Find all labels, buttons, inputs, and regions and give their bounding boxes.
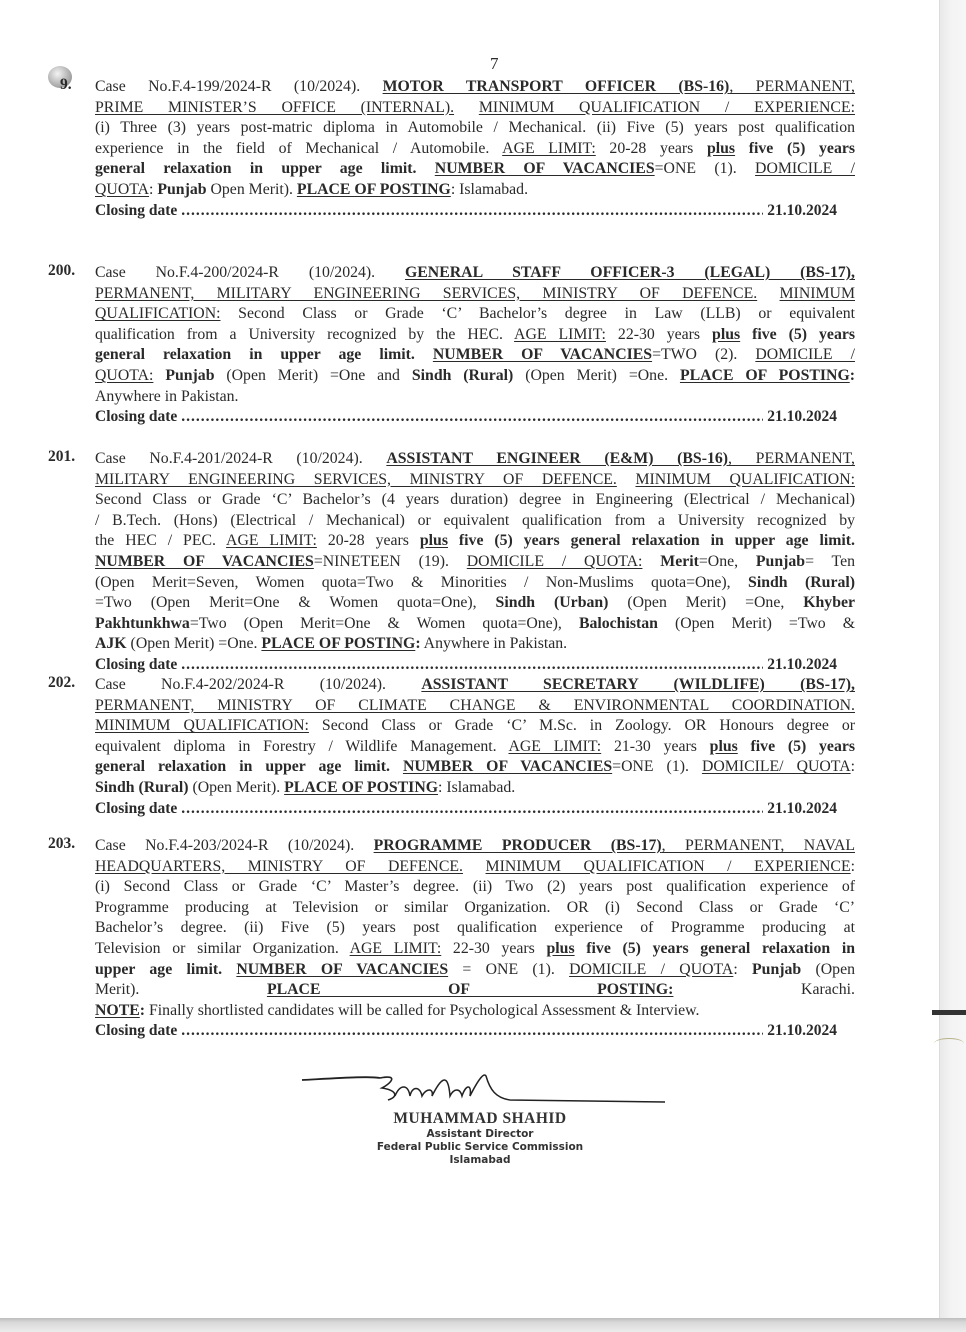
margin-mark xyxy=(932,1010,966,1015)
entry-text-line: qualification from a University recogniz… xyxy=(95,324,855,345)
closing-date-row: Closing date21.10.2024 xyxy=(95,200,837,221)
entry-text-line: Case No.F.4-199/2024-R (10/2024). MOTOR … xyxy=(95,76,855,97)
entry-text-line: / B.Tech. (Hons) (Electrical / Mechanica… xyxy=(95,510,855,531)
entry-text-line: general relaxation in upper age limit. N… xyxy=(95,344,855,365)
closing-date-value: 21.10.2024 xyxy=(767,200,837,221)
entry-text-line: MILITARY ENGINEERING SERVICES, MINISTRY … xyxy=(95,469,855,490)
entry-text-line: QUALIFICATION: Second Class or Grade ‘C’… xyxy=(95,303,855,324)
closing-date-row: Closing date21.10.2024 xyxy=(95,798,837,819)
leader-dots xyxy=(181,406,763,427)
entry-text-line: NOTE: Finally shortlisted candidates wil… xyxy=(95,1000,855,1021)
leader-dots xyxy=(181,798,763,819)
scan-page-edge-bottom xyxy=(0,1318,966,1332)
entry-number: 200. xyxy=(48,262,75,280)
entry-text-line: Pakhtunkhwa=Two (Open Merit=One & Women … xyxy=(95,613,855,634)
closing-date-value: 21.10.2024 xyxy=(767,798,837,819)
closing-date-row: Closing date21.10.2024 xyxy=(95,406,837,427)
entry-text-line: HEADQUARTERS, MINISTRY OF DEFENCE. MINIM… xyxy=(95,856,855,877)
closing-date-value: 21.10.2024 xyxy=(767,1020,837,1041)
entry-text-line: equivalent diploma in Forestry / Wildlif… xyxy=(95,736,855,757)
margin-arc-mark xyxy=(934,1038,964,1049)
entry-text-line: Sindh (Rural) (Open Merit). PLACE OF POS… xyxy=(95,777,855,798)
entry-number: 201. xyxy=(48,448,75,466)
entry-text-line: (Open Merit=Seven, Women quota=Two & Min… xyxy=(95,572,855,593)
page-number: 7 xyxy=(490,54,499,74)
entry-text-line: AJK (Open Merit) =One. PLACE OF POSTING:… xyxy=(95,633,855,654)
entry-text-line: NUMBER OF VACANCIES=NINETEEN (19). DOMIC… xyxy=(95,551,855,572)
signatory-title: Assistant Director xyxy=(330,1128,630,1141)
entry-text-line: MINIMUM QUALIFICATION: Second Class or G… xyxy=(95,715,855,736)
entry-text-line: Case No.F.4-201/2024-R (10/2024). ASSIST… xyxy=(95,448,855,469)
entry-text-line: Bachelor’s degree. (ii) Five (5) years p… xyxy=(95,917,855,938)
leader-dots xyxy=(181,654,763,675)
entry-text-line: QUOTA: Punjab (Open Merit) =One and Sind… xyxy=(95,365,855,386)
closing-date-row: Closing date21.10.2024 xyxy=(95,654,837,675)
closing-date-label: Closing date xyxy=(95,654,177,675)
closing-date-row: Closing date21.10.2024 xyxy=(95,1020,837,1041)
entry-text-line: =Two (Open Merit=One & Women quota=One),… xyxy=(95,592,855,613)
entry-text-line: Second Class or Grade ‘C’ Bachelor’s (4 … xyxy=(95,489,855,510)
entry-text-line: PRIME MINISTER’S OFFICE (INTERNAL). MINI… xyxy=(95,97,855,118)
closing-date-value: 21.10.2024 xyxy=(767,654,837,675)
scan-page-edge-right xyxy=(939,0,966,1332)
entry-text-line: (i) Three (3) years post-matric diploma … xyxy=(95,117,855,138)
leader-dots xyxy=(181,200,763,221)
entry-text-line: the HEC / PEC. AGE LIMIT: 20-28 years pl… xyxy=(95,530,855,551)
entry-text-line: Case No.F.4-203/2024-R (10/2024). PROGRA… xyxy=(95,835,855,856)
entry-number: 203. xyxy=(48,835,75,853)
entry-text-line: Anywhere in Pakistan. xyxy=(95,386,855,407)
entry-text-line: upper age limit. NUMBER OF VACANCIES = O… xyxy=(95,959,855,980)
entry-text-line: Case No.F.4-202/2024-R (10/2024). ASSIST… xyxy=(95,674,855,695)
closing-date-label: Closing date xyxy=(95,798,177,819)
entry-text-line: Television or similar Organization. AGE … xyxy=(95,938,855,959)
entry-text-line: Merit). PLACE OF POSTING: Karachi. xyxy=(95,979,855,1000)
entry-text-line: Case No.F.4-200/2024-R (10/2024). GENERA… xyxy=(95,262,855,283)
entry-number: 9. xyxy=(60,76,72,94)
entry-text-line: PERMANENT, MILITARY ENGINEERING SERVICES… xyxy=(95,283,855,304)
signatory-organization: Federal Public Service Commission xyxy=(330,1141,630,1154)
entry-text-line: PERMANENT, MINISTRY OF CLIMATE CHANGE & … xyxy=(95,695,855,716)
closing-date-label: Closing date xyxy=(95,406,177,427)
entry-text-line: (i) Second Class or Grade ‘C’ Master’s d… xyxy=(95,876,855,897)
entry-number: 202. xyxy=(48,674,75,692)
entry-text-line: general relaxation in upper age limit. N… xyxy=(95,756,855,777)
closing-date-label: Closing date xyxy=(95,1020,177,1041)
signatory-name: MUHAMMAD SHAHID xyxy=(330,1110,630,1128)
signature-block: MUHAMMAD SHAHID Assistant Director Feder… xyxy=(330,1110,630,1167)
closing-date-label: Closing date xyxy=(95,200,177,221)
signatory-city: Islamabad xyxy=(330,1154,630,1167)
closing-date-value: 21.10.2024 xyxy=(767,406,837,427)
leader-dots xyxy=(181,1020,763,1041)
entry-text-line: general relaxation in upper age limit. N… xyxy=(95,158,855,179)
entry-text-line: Programme producing at Television or sim… xyxy=(95,897,855,918)
entry-text-line: experience in the field of Mechanical / … xyxy=(95,138,855,159)
entry-text-line: QUOTA: Punjab Open Merit). PLACE OF POST… xyxy=(95,179,855,200)
signature-scribble xyxy=(300,1070,670,1110)
